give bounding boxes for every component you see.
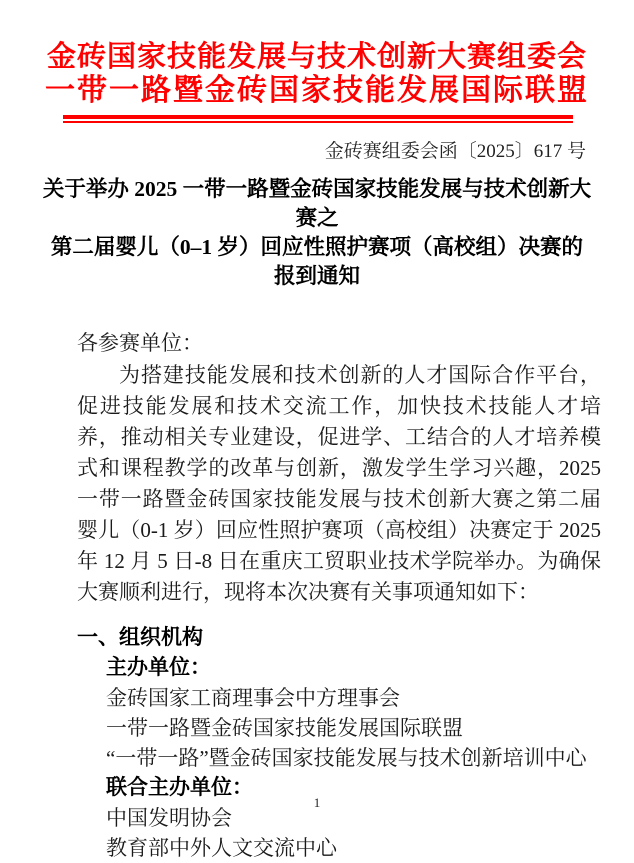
document-number: 金砖赛组委会函〔2025〕617 号 xyxy=(0,140,634,164)
intro-paragraph: 为搭建技能发展和技术创新的人才国际合作平台，促进技能发展和技术交流工作，加快技术… xyxy=(77,360,601,608)
document-title: 关于举办 2025 一带一路暨金砖国家技能发展与技术创新大赛之 第二届婴儿（0–… xyxy=(0,175,634,291)
rule-thin-line xyxy=(63,121,573,123)
document-body: 各参赛单位： 为搭建技能发展和技术创新的人才国际合作平台，促进技能发展和技术交流… xyxy=(77,328,601,863)
organization-list: 主办单位： 金砖国家工商理事会中方理事会 一带一路暨金砖国家技能发展国际联盟 “… xyxy=(77,653,601,863)
double-red-rule xyxy=(63,115,573,123)
letterhead-line-1: 金砖国家技能发展与技术创新大赛组委会 xyxy=(0,40,634,74)
salutation: 各参赛单位： xyxy=(77,328,601,359)
letterhead: 金砖国家技能发展与技术创新大赛组委会 一带一路暨金砖国家技能发展国际联盟 xyxy=(0,40,634,108)
title-line-2: 第二届婴儿（0–1 岁）回应性照护赛项（高校组）决赛的 xyxy=(40,233,594,262)
section-1-heading: 一、组织机构 xyxy=(77,623,601,653)
letterhead-line-2: 一带一路暨金砖国家技能发展国际联盟 xyxy=(0,74,634,108)
title-line-3: 报到通知 xyxy=(40,262,594,291)
org-list-item-host-label: 主办单位： xyxy=(106,653,601,683)
org-list-item: 教育部中外人文交流中心 xyxy=(106,833,601,863)
org-list-item: 一带一路暨金砖国家技能发展国际联盟 xyxy=(106,713,601,743)
page-number: 1 xyxy=(0,795,634,811)
title-line-1: 关于举办 2025 一带一路暨金砖国家技能发展与技术创新大赛之 xyxy=(40,175,594,233)
org-list-item: “一带一路”暨金砖国家技能发展与技术创新培训中心 xyxy=(106,743,601,773)
org-list-item: 金砖国家工商理事会中方理事会 xyxy=(106,683,601,713)
document-page: 金砖国家技能发展与技术创新大赛组委会 一带一路暨金砖国家技能发展国际联盟 金砖赛… xyxy=(0,0,634,863)
